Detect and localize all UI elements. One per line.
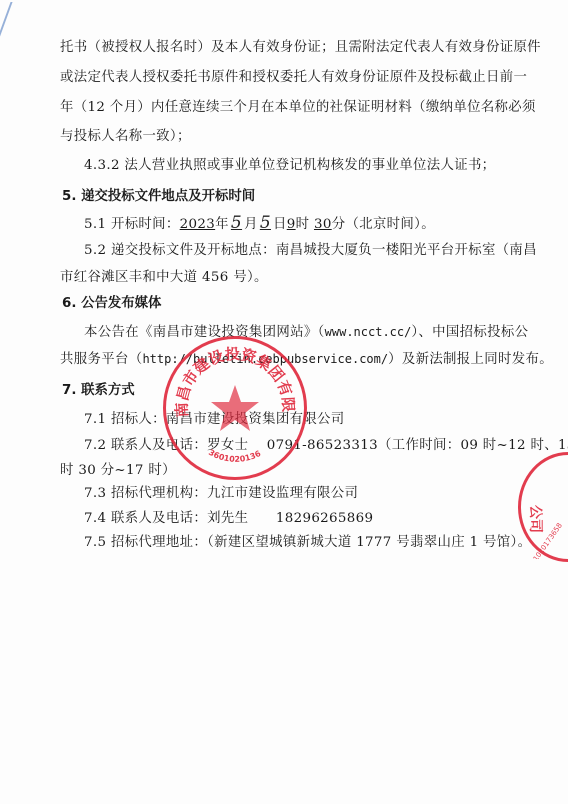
para-4-3-1-line3: 年（12 个月）内任意连续三个月在本单位的社保证明材料（缴纳单位名称必须 <box>60 100 536 116</box>
opening-year: 2023 <box>180 217 215 232</box>
scan-edge-mark <box>0 2 17 38</box>
section6-line2-text-a: 共服务平台（ <box>60 352 142 367</box>
section6-line1-text-a: 本公告在《南昌市建设投资集团网站》（ <box>84 325 325 340</box>
section6-line1-text-b: ）、中国招标投标公 <box>411 325 528 340</box>
cebpubservice-link[interactable]: http://bulletin.cebpubservice.com/ <box>142 352 388 366</box>
opening-month-handwritten: 5 <box>229 216 244 230</box>
item-5-2-line2: 市红谷滩区丰和中大道 456 号）。 <box>60 270 268 286</box>
item-7-2-line1: 7.2 联系人及电话：罗女士 0791-86523313（工作时间：09 时~1… <box>84 438 568 454</box>
item-7-5: 7.5 招标代理地址：（新建区望城镇新城大道 1777 号翡翠山庄 1 号馆）。 <box>84 535 531 551</box>
month-unit: 月 <box>244 217 258 232</box>
para-4-3-1-line2: 或法定代表人授权委托书原件和授权委托人有效身份证原件及投标截止日前一 <box>60 70 527 86</box>
svg-text:公司: 公司 <box>527 505 544 533</box>
day-unit: 日 <box>273 217 287 232</box>
section6-line2-text-b: ）及新法制报上同时发布。 <box>388 352 553 367</box>
year-unit: 年 <box>215 217 229 232</box>
item-7-3: 7.3 招标代理机构：九江市建设监理有限公司 <box>84 486 358 502</box>
para-4-3-1-line1: 托书（被授权人报名时）及本人有效身份证；且需附法定代表人有效身份证原件 <box>60 40 541 56</box>
svg-text:1020173658: 1020173658 <box>532 522 564 559</box>
item-7-4: 7.4 联系人及电话：刘先生 18296265869 <box>84 511 373 527</box>
item-7-2-line2: 时 30 分~17 时） <box>60 463 176 479</box>
ncct-website-link[interactable]: www.ncct.cc/ <box>325 325 412 339</box>
item-5-1-prefix: 5.1 开标时间： <box>84 217 180 232</box>
item-7-1: 7.1 招标人：南昌市建设投资集团有限公司 <box>84 412 345 428</box>
section6-line2: 共服务平台（http://bulletin.cebpubservice.com/… <box>60 351 553 368</box>
item-5-2-line1: 5.2 递交投标文件及开标地点：南昌城投大厦负一楼阳光平台开标室（南昌 <box>84 243 537 259</box>
para-4-3-2: 4.3.2 法人营业执照或事业单位登记机构核发的事业单位法人证书； <box>84 158 495 174</box>
para-4-3-1-line4: 与投标人名称一致）； <box>60 129 191 145</box>
opening-hour: 9 <box>287 217 296 232</box>
opening-day-handwritten: 5 <box>258 216 273 230</box>
document-page: 托书（被授权人报名时）及本人有效身份证；且需附法定代表人有效身份证原件 或法定代… <box>0 0 568 804</box>
section7-heading: 7. 联系方式 <box>62 383 135 399</box>
minute-unit: 分（北京时间）。 <box>332 217 435 232</box>
section6-heading: 6. 公告发布媒体 <box>62 296 161 312</box>
opening-minute: 30 <box>314 217 332 232</box>
section5-heading: 5. 递交投标文件地点及开标时间 <box>62 189 255 205</box>
item-5-1: 5.1 开标时间：2023年5月5日9时 30分（北京时间）。 <box>84 216 435 233</box>
section6-line1: 本公告在《南昌市建设投资集团网站》（www.ncct.cc/）、中国招标投标公 <box>84 324 528 341</box>
hour-unit: 时 <box>296 217 310 232</box>
